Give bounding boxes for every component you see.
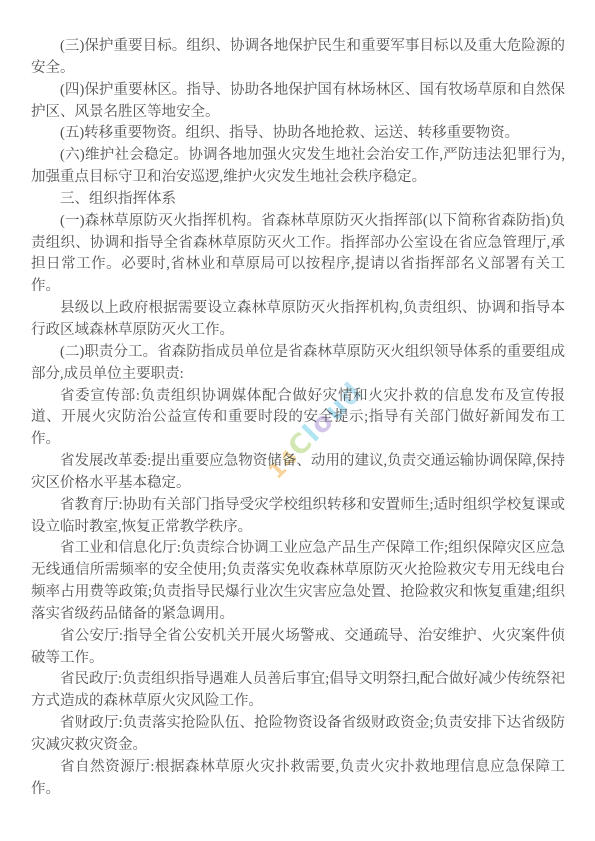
- paragraph: 省工业和信息化厅:负责综合协调工业应急产品生产保障工作;组织保障灾区应急无线通信…: [31, 538, 565, 625]
- paragraph: 省发展改革委:提出重要应急物资储备、动用的建议,负责交通运输协调保障,保持灾区价…: [31, 451, 565, 495]
- section-heading: 三、组织指挥体系: [31, 189, 565, 211]
- paragraph: (五)转移重要物资。组织、指导、协助各地抢救、运送、转移重要物资。: [31, 123, 565, 145]
- paragraph: 省自然资源厅:根据森林草原火灾扑救需要,负责火灾扑救地理信息应急保障工作。: [31, 757, 565, 801]
- paragraph: 省委宣传部:负责组织协调媒体配合做好灾情和火灾扑救的信息发布及宣传报道、开展火灾…: [31, 386, 565, 452]
- paragraph: 省民政厅:负责组织指导遇难人员善后事宜;倡导文明祭扫,配合做好减少传统祭祀方式造…: [31, 669, 565, 713]
- paragraph: (二)职责分工。省森防指成员单位是省森林草原防灭火组织领导体系的重要组成部分,成…: [31, 342, 565, 386]
- paragraph: 省公安厅:指导全省公安机关开展火场警戒、交通疏导、治安维护、火灾案件侦破等工作。: [31, 626, 565, 670]
- document-body: (三)保护重要目标。组织、协调各地保护民生和重要军事目标以及重大危险源的安全。 …: [31, 36, 565, 801]
- document-page: 14Cloud (三)保护重要目标。组织、协调各地保护民生和重要军事目标以及重大…: [0, 0, 595, 841]
- paragraph: 省教育厅:协助有关部门指导受灾学校组织转移和安置师生;适时组织学校复课或设立临时…: [31, 495, 565, 539]
- paragraph: (三)保护重要目标。组织、协调各地保护民生和重要军事目标以及重大危险源的安全。: [31, 36, 565, 80]
- paragraph: (一)森林草原防灭火指挥机构。省森林草原防灭火指挥部(以下简称省森防指)负责组织…: [31, 211, 565, 298]
- paragraph: (四)保护重要林区。指导、协助各地保护国有林场林区、国有牧场草原和自然保护区、风…: [31, 80, 565, 124]
- paragraph: (六)维护社会稳定。协调各地加强火灾发生地社会治安工作,严防违法犯罪行为,加强重…: [31, 145, 565, 189]
- paragraph: 县级以上政府根据需要设立森林草原防灭火指挥机构,负责组织、协调和指导本行政区域森…: [31, 298, 565, 342]
- paragraph: 省财政厅:负责落实抢险队伍、抢险物资设备省级财政资金;负责安排下达省级防灾减灾救…: [31, 713, 565, 757]
